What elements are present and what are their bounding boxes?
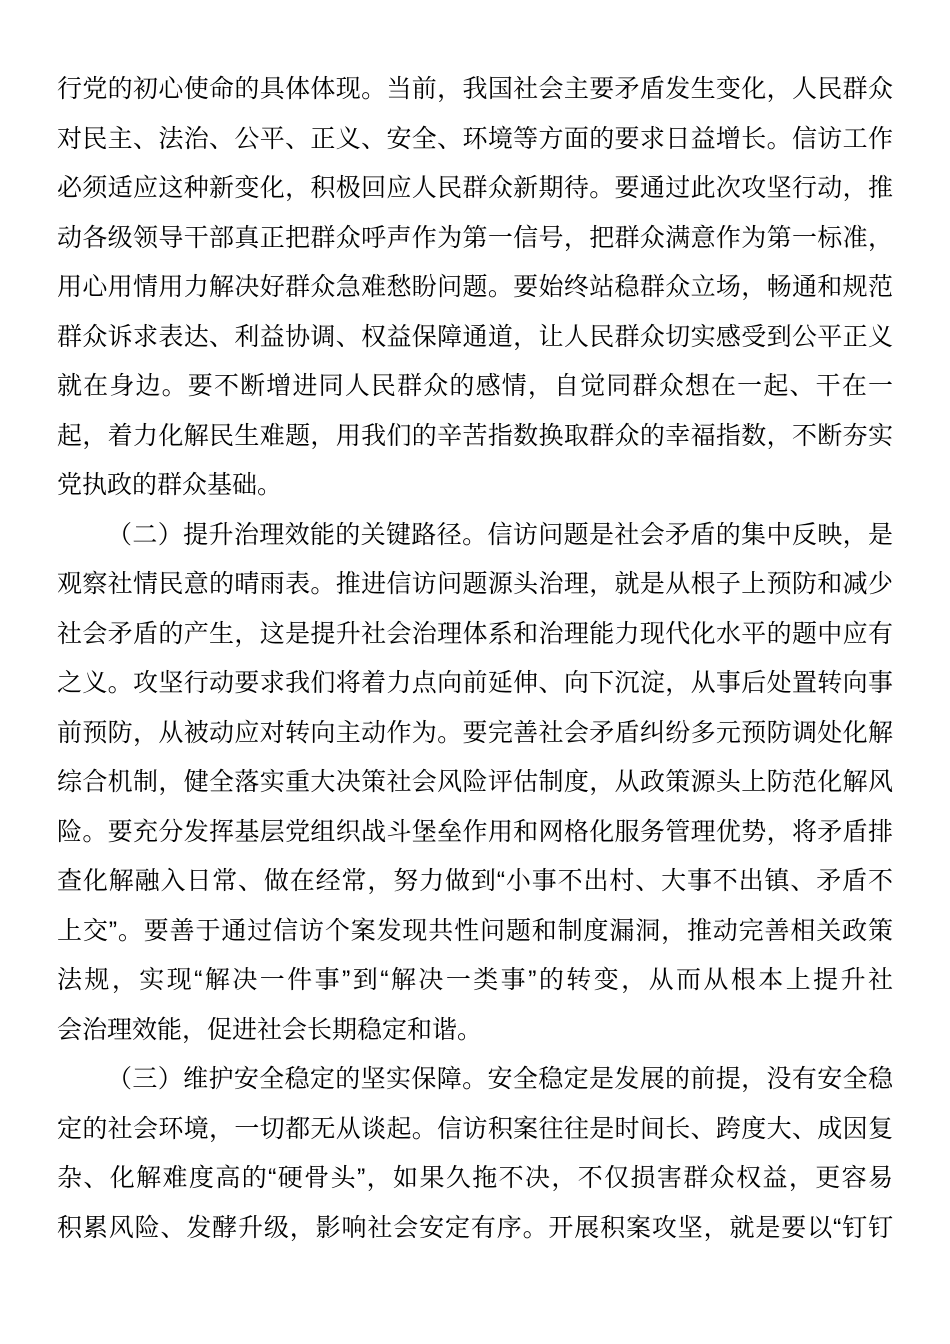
text-line: 之义。攻坚行动要求我们将着力点向前延伸、向下沉淀，从事后处置转向事 [57, 659, 893, 709]
text-line: （三）维护安全稳定的坚实保障。安全稳定是发展的前提，没有安全稳 [57, 1055, 893, 1105]
text-line: 杂、化解难度高的“硬骨头”，如果久拖不决，不仅损害群众权益，更容易 [57, 1154, 893, 1204]
text-line: 对民主、法治、公平、正义、安全、环境等方面的要求日益增长。信访工作 [57, 115, 893, 165]
paragraph: （二）提升治理效能的关键路径。信访问题是社会矛盾的集中反映，是 观察社情民意的晴… [57, 511, 893, 1056]
text-line: 党执政的群众基础。 [57, 461, 893, 511]
paragraph: 行党的初心使命的具体体现。当前，我国社会主要矛盾发生变化，人民群众 对民主、法治… [57, 65, 893, 511]
document-page: 行党的初心使命的具体体现。当前，我国社会主要矛盾发生变化，人民群众 对民主、法治… [57, 65, 893, 1253]
text-line: 用心用情用力解决好群众急难愁盼问题。要始终站稳群众立场，畅通和规范 [57, 263, 893, 313]
text-line: 法规，实现“解决一件事”到“解决一类事”的转变，从而从根本上提升社 [57, 956, 893, 1006]
text-line: 险。要充分发挥基层党组织战斗堡垒作用和网格化服务管理优势，将矛盾排 [57, 808, 893, 858]
text-line: 前预防，从被动应对转向主动作为。要完善社会矛盾纠纷多元预防调处化解 [57, 709, 893, 759]
text-line: 积累风险、发酵升级，影响社会安定有序。开展积案攻坚，就是要以“钉钉 [57, 1204, 893, 1254]
text-line: （二）提升治理效能的关键路径。信访问题是社会矛盾的集中反映，是 [57, 511, 893, 561]
text-line: 查化解融入日常、做在经常，努力做到“小事不出村、大事不出镇、矛盾不 [57, 857, 893, 907]
text-line: 定的社会环境，一切都无从谈起。信访积案往往是时间长、跨度大、成因复 [57, 1105, 893, 1155]
text-line: 社会矛盾的产生，这是提升社会治理体系和治理能力现代化水平的题中应有 [57, 610, 893, 660]
text-line: 就在身边。要不断增进同人民群众的感情，自觉同群众想在一起、干在一 [57, 362, 893, 412]
text-line: 群众诉求表达、利益协调、权益保障通道，让人民群众切实感受到公平正义 [57, 313, 893, 363]
text-line: 观察社情民意的晴雨表。推进信访问题源头治理，就是从根子上预防和减少 [57, 560, 893, 610]
paragraph: （三）维护安全稳定的坚实保障。安全稳定是发展的前提，没有安全稳 定的社会环境，一… [57, 1055, 893, 1253]
text-line: 动各级领导干部真正把群众呼声作为第一信号，把群众满意作为第一标准， [57, 214, 893, 264]
text-line: 行党的初心使命的具体体现。当前，我国社会主要矛盾发生变化，人民群众 [57, 65, 893, 115]
text-line: 上交”。要善于通过信访个案发现共性问题和制度漏洞，推动完善相关政策 [57, 907, 893, 957]
text-line: 必须适应这种新变化，积极回应人民群众新期待。要通过此次攻坚行动，推 [57, 164, 893, 214]
text-line: 综合机制，健全落实重大决策社会风险评估制度，从政策源头上防范化解风 [57, 758, 893, 808]
text-line: 起，着力化解民生难题，用我们的辛苦指数换取群众的幸福指数，不断夯实 [57, 412, 893, 462]
text-line: 会治理效能，促进社会长期稳定和谐。 [57, 1006, 893, 1056]
